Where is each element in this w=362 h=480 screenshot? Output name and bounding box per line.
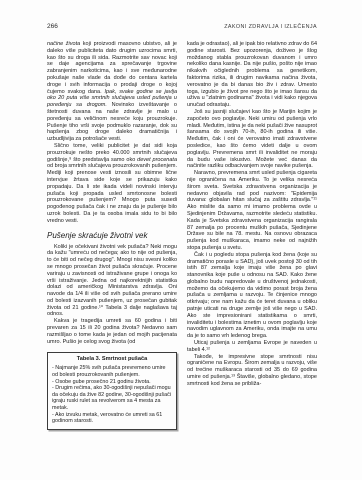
italic-run: devet procenata xyxy=(137,157,177,163)
text-run: koji proizvodi masovno ubistvo, ali je d… xyxy=(47,41,177,95)
table-3-item: - Najmanje 25% svih pušača prevremeno um… xyxy=(52,365,172,378)
table-3-title: Tabela 3. Smrtnost pušača xyxy=(52,356,172,363)
right-paragraph-1: kada je odrastao), ali je ipak bio relat… xyxy=(187,41,317,109)
table-3-item: - Osobe gube prosečno 21 godinu života. xyxy=(52,379,172,386)
table-3-item: - Ako izvuku metak, verovatno će umreti … xyxy=(52,412,172,425)
right-column: kada je odrastao), ali je ipak bio relat… xyxy=(187,41,317,430)
left-column: načine života koji proizvodi masovno ubi… xyxy=(47,41,177,430)
italic-run: načine života xyxy=(47,41,80,47)
text-run: Novinsko izveštavanje o štetnosti duvana… xyxy=(47,102,177,142)
book-page: 266 ZAKONI ZDRAVLJA I IZLEČENJA načine ž… xyxy=(0,0,362,480)
table-3-box: Tabela 3. Smrtnost pušača - Najmanje 25%… xyxy=(47,352,177,429)
page-number: 266 xyxy=(47,23,58,30)
right-paragraph-4: Čak i u pogledu stopa pušenja kod žena (… xyxy=(187,252,317,340)
right-paragraph-5: Uticaj pušenja u zemljama Evrope je nave… xyxy=(187,340,317,354)
left-paragraph-2: Slično tome, veliki publicitet je dat si… xyxy=(47,143,177,225)
right-paragraph-6: Takođe, te impresivne stope smrtnosti ni… xyxy=(187,354,317,388)
right-paragraph-3: Naravno, prevremena smrt usled pušenja c… xyxy=(187,170,317,252)
page-header: 266 ZAKONI ZDRAVLJA I IZLEČENJA xyxy=(47,23,317,30)
section-heading: Pušenje skraćuje životni vek xyxy=(47,231,177,240)
left-paragraph-4: Kakva je tragedija umreti sa 60 godina i… xyxy=(47,318,177,345)
text-run: od broja smrtnih slučajeva prouzrokovani… xyxy=(47,163,177,223)
right-paragraph-2: Još su jasniji slučajevi kao što je Mari… xyxy=(187,109,317,170)
table-3-item: - Drugim rečima, ako 30-ogodišnji nepuša… xyxy=(52,385,172,411)
left-paragraph-1: načine života koji proizvodi masovno ubi… xyxy=(47,41,177,143)
left-paragraph-3: Koliki je očekivani životni vek pušača? … xyxy=(47,244,177,319)
running-title: ZAKONI ZDRAVLJA I IZLEČENJA xyxy=(224,24,317,30)
text-columns: načine života koji proizvodi masovno ubi… xyxy=(47,41,317,430)
